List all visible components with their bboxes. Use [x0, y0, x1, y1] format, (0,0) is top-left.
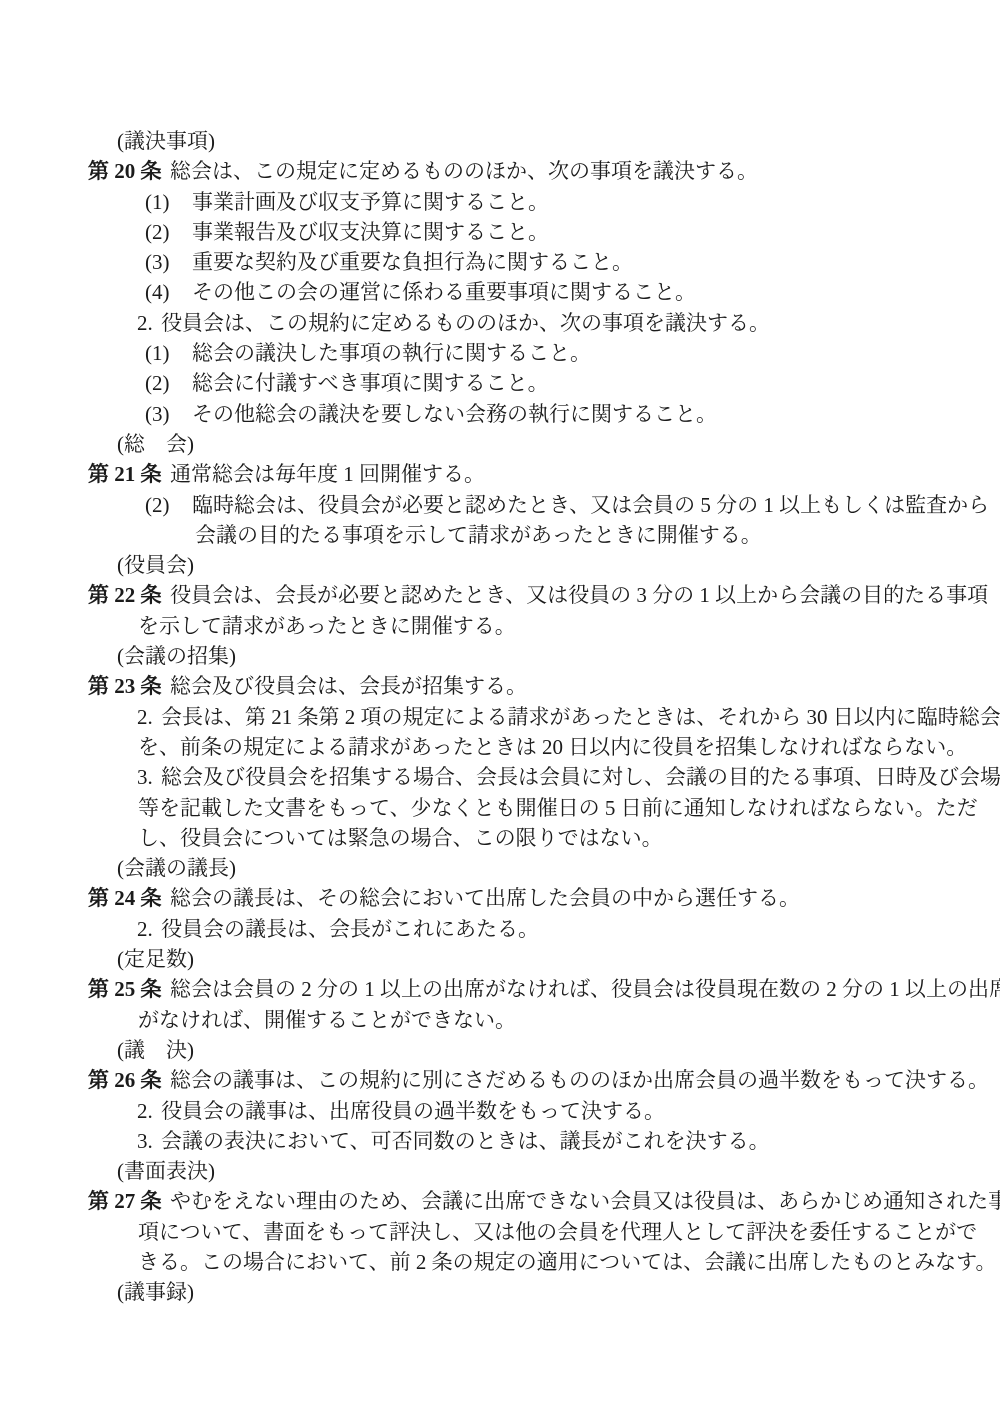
article-clause: 第 21 条通常総会は毎年度 1 回開催する。 [0, 459, 1000, 489]
clause-number: (4) [145, 277, 192, 307]
text-line: 総会は会員の 2 分の 1 以上の出席がなければ、役員会は役員現在数の 2 分の… [170, 977, 1000, 1001]
section-heading: (定足数) [0, 944, 1000, 974]
section-heading: (議事録) [0, 1277, 1000, 1307]
text-line: を、前条の規定による請求があったときは 20 日以内に役員を招集しなければならな… [138, 735, 967, 759]
document-body: (議決事項)第 20 条総会は、この規定に定めるもののほか、次の事項を議決する。… [0, 126, 1000, 1308]
text-line-continuation: 項について、書面をもって評決し、又は他の会員を代理人として評決を委任することがで [0, 1217, 1000, 1247]
numbered-item: (2)臨時総会は、役員会が必要と認めたとき、又は会員の 5 分の 1 以上もしく… [0, 490, 1000, 520]
clause-number: 第 24 条 [88, 883, 170, 913]
article-clause: 第 20 条総会は、この規定に定めるもののほか、次の事項を議決する。 [0, 156, 1000, 186]
article-clause: 第 23 条総会及び役員会は、会長が招集する。 [0, 671, 1000, 701]
text-line: を示して請求があったときに開催する。 [138, 614, 516, 638]
text-line: その他この会の運営に係わる重要事項に関すること。 [192, 280, 696, 304]
document-page: (議決事項)第 20 条総会は、この規定に定めるもののほか、次の事項を議決する。… [0, 0, 1000, 1415]
numbered-item: (4)その他この会の運営に係わる重要事項に関すること。 [0, 277, 1000, 307]
article-clause: 第 26 条総会の議事は、この規約に別にさだめるもののほか出席会員の過半数をもっ… [0, 1065, 1000, 1095]
text-line: 臨時総会は、役員会が必要と認めたとき、又は会員の 5 分の 1 以上もしくは監査… [192, 493, 989, 517]
numbered-item: (1)総会の議決した事項の執行に関すること。 [0, 338, 1000, 368]
text-line: 会長は、第 21 条第 2 項の規定による請求があったときは、それから 30 日… [161, 705, 1000, 729]
article-clause: 第 24 条総会の議長は、その総会において出席した会員の中から選任する。 [0, 883, 1000, 913]
sub-paragraph: 2.役員会の議事は、出席役員の過半数をもって決する。 [0, 1096, 1000, 1126]
clause-number: (3) [145, 247, 192, 277]
clause-number: (3) [145, 399, 192, 429]
text-line: 会議の目的たる事項を示して請求があったときに開催する。 [195, 523, 762, 547]
clause-number: 第 22 条 [88, 580, 170, 610]
clause-number: (2) [145, 490, 192, 520]
clause-number: 2. [137, 702, 161, 732]
clause-number: 第 21 条 [88, 459, 170, 489]
text-line-continuation: がなければ、開催することができない。 [0, 1005, 1000, 1035]
clause-number: (2) [145, 217, 192, 247]
text-line: 総会の議事は、この規約に別にさだめるもののほか出席会員の過半数をもって決する。 [170, 1068, 989, 1092]
text-line: 総会に付議すべき事項に関すること。 [192, 371, 549, 395]
text-line-continuation: を示して請求があったときに開催する。 [0, 611, 1000, 641]
text-line: きる。この場合において、前 2 条の規定の適用については、会議に出席したものとみ… [138, 1250, 996, 1274]
text-line: 通常総会は毎年度 1 回開催する。 [170, 462, 485, 486]
section-heading: (会議の招集) [0, 641, 1000, 671]
article-clause: 第 27 条やむをえない理由のため、会議に出席できない会員又は役員は、あらかじめ… [0, 1186, 1000, 1216]
clause-number: 2. [137, 1096, 161, 1126]
text-line: 項について、書面をもって評決し、又は他の会員を代理人として評決を委任することがで [138, 1220, 977, 1244]
clause-number: (1) [145, 187, 192, 217]
text-line: 総会の議長は、その総会において出席した会員の中から選任する。 [170, 886, 800, 910]
article-clause: 第 22 条役員会は、会長が必要と認めたとき、又は役員の 3 分の 1 以上から… [0, 580, 1000, 610]
text-line: がなければ、開催することができない。 [138, 1008, 516, 1032]
text-line: やむをえない理由のため、会議に出席できない会員又は役員は、あらかじめ通知された事 [170, 1189, 1000, 1213]
text-line-continuation: 会議の目的たる事項を示して請求があったときに開催する。 [0, 520, 1000, 550]
clause-number: 3. [137, 762, 161, 792]
clause-number: 2. [137, 308, 161, 338]
section-heading: (役員会) [0, 550, 1000, 580]
numbered-item: (2)事業報告及び収支決算に関すること。 [0, 217, 1000, 247]
text-line: 役員会の議長は、会長がこれにあたる。 [161, 917, 539, 941]
sub-paragraph: 2.役員会の議長は、会長がこれにあたる。 [0, 914, 1000, 944]
sub-paragraph: 2.役員会は、この規約に定めるもののほか、次の事項を議決する。 [0, 308, 1000, 338]
sub-paragraph: 3.会議の表決において、可否同数のときは、議長がこれを決する。 [0, 1126, 1000, 1156]
text-line: 事業報告及び収支決算に関すること。 [192, 220, 549, 244]
text-line-continuation: 等を記載した文書をもって、少なくとも開催日の 5 日前に通知しなければならない。… [0, 793, 1000, 823]
text-line: その他総会の議決を要しない会務の執行に関すること。 [192, 402, 717, 426]
clause-number: 3. [137, 1126, 161, 1156]
text-line: 役員会の議事は、出席役員の過半数をもって決する。 [161, 1099, 665, 1123]
text-line: し、役員会については緊急の場合、この限りではない。 [138, 826, 663, 850]
section-heading: (書面表決) [0, 1156, 1000, 1186]
clause-number: 2. [137, 914, 161, 944]
numbered-item: (1)事業計画及び収支予算に関すること。 [0, 187, 1000, 217]
section-heading: (議 決) [0, 1035, 1000, 1065]
clause-number: (1) [145, 338, 192, 368]
text-line: 役員会は、会長が必要と認めたとき、又は役員の 3 分の 1 以上から会議の目的た… [170, 583, 988, 607]
text-line-continuation: きる。この場合において、前 2 条の規定の適用については、会議に出席したものとみ… [0, 1247, 1000, 1277]
text-line: 総会及び役員会を招集する場合、会長は会員に対し、会議の目的たる事項、日時及び会場 [161, 765, 1000, 789]
section-heading: (会議の議長) [0, 853, 1000, 883]
clause-number: 第 25 条 [88, 974, 170, 1004]
article-clause: 第 25 条総会は会員の 2 分の 1 以上の出席がなければ、役員会は役員現在数… [0, 974, 1000, 1004]
text-line: 重要な契約及び重要な負担行為に関すること。 [192, 250, 633, 274]
section-heading: (議決事項) [0, 126, 1000, 156]
sub-paragraph: 2.会長は、第 21 条第 2 項の規定による請求があったときは、それから 30… [0, 702, 1000, 732]
numbered-item: (3)重要な契約及び重要な負担行為に関すること。 [0, 247, 1000, 277]
section-heading: (総 会) [0, 429, 1000, 459]
text-line-continuation: し、役員会については緊急の場合、この限りではない。 [0, 823, 1000, 853]
clause-number: 第 26 条 [88, 1065, 170, 1095]
text-line: 総会の議決した事項の執行に関すること。 [192, 341, 591, 365]
clause-number: 第 20 条 [88, 156, 170, 186]
clause-number: 第 27 条 [88, 1186, 170, 1216]
text-line-continuation: を、前条の規定による請求があったときは 20 日以内に役員を招集しなければならな… [0, 732, 1000, 762]
text-line: 等を記載した文書をもって、少なくとも開催日の 5 日前に通知しなければならない。… [138, 796, 978, 820]
sub-paragraph: 3.総会及び役員会を招集する場合、会長は会員に対し、会議の目的たる事項、日時及び… [0, 762, 1000, 792]
text-line: 事業計画及び収支予算に関すること。 [192, 190, 549, 214]
text-line: 会議の表決において、可否同数のときは、議長がこれを決する。 [161, 1129, 770, 1153]
clause-number: 第 23 条 [88, 671, 170, 701]
numbered-item: (3)その他総会の議決を要しない会務の執行に関すること。 [0, 399, 1000, 429]
text-line: 総会は、この規定に定めるもののほか、次の事項を議決する。 [170, 159, 758, 183]
text-line: 総会及び役員会は、会長が招集する。 [170, 674, 527, 698]
clause-number: (2) [145, 368, 192, 398]
numbered-item: (2)総会に付議すべき事項に関すること。 [0, 368, 1000, 398]
text-line: 役員会は、この規約に定めるもののほか、次の事項を議決する。 [161, 311, 770, 335]
